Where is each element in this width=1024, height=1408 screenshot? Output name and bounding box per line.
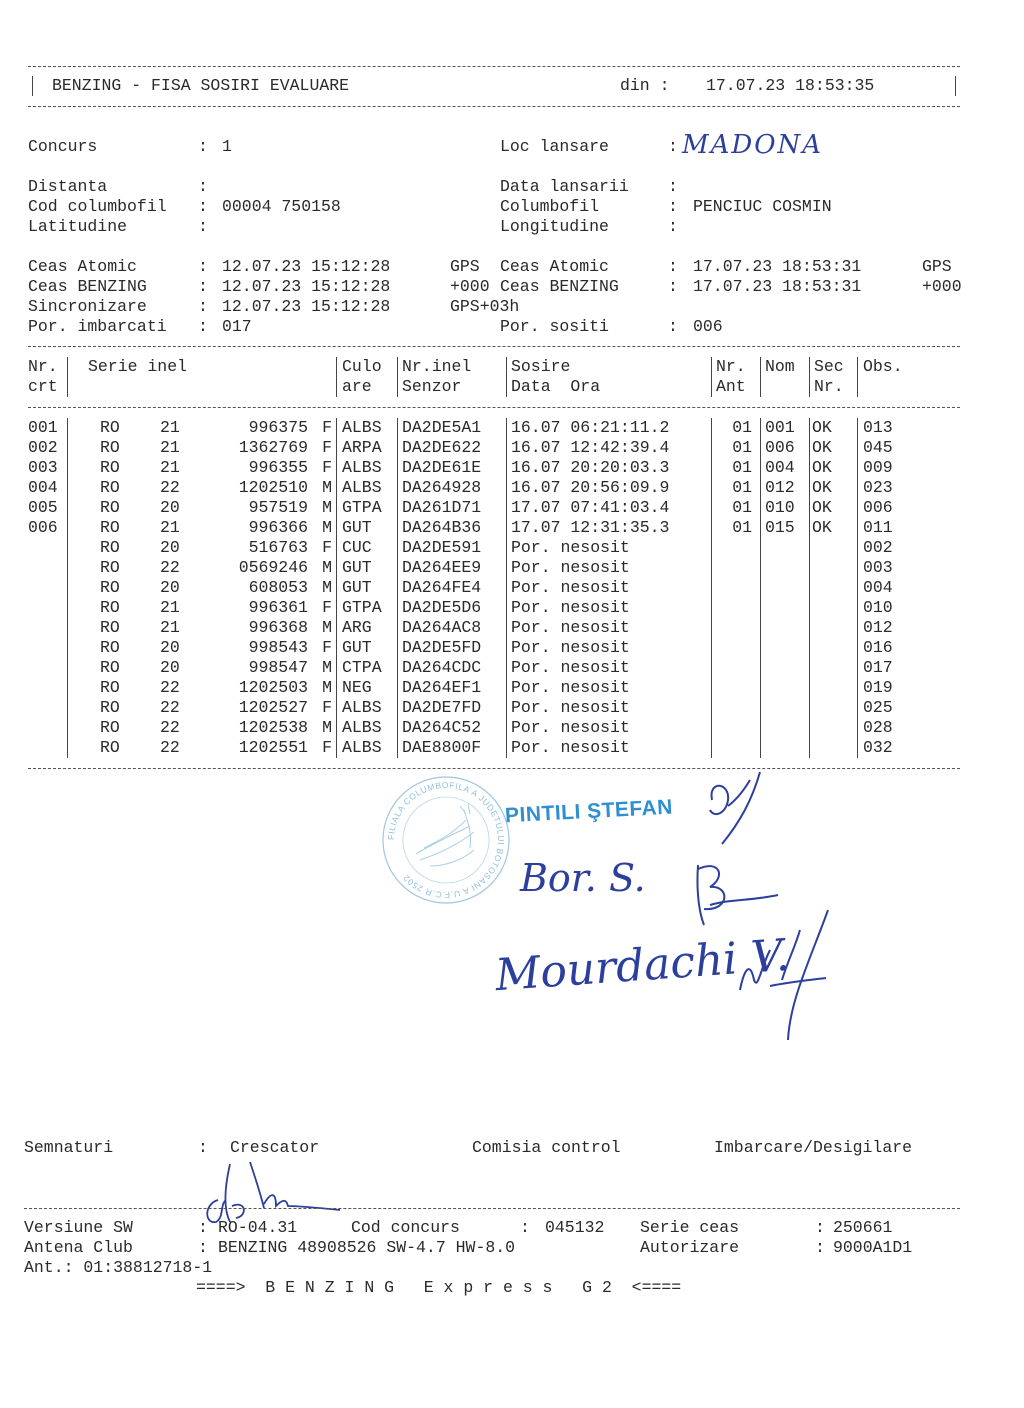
- colon: :: [198, 297, 208, 317]
- cell-sec: OK: [812, 498, 832, 518]
- distanta-label: Distanta: [28, 177, 107, 197]
- divider: [28, 66, 960, 67]
- cell-year: 21: [160, 458, 180, 478]
- cell-arrival: Por. nesosit: [511, 538, 630, 558]
- cell-obs: 010: [863, 598, 893, 618]
- cell-sex: M: [318, 578, 332, 598]
- cell-ring: 1202551: [196, 738, 308, 758]
- cell-country: RO: [100, 638, 120, 658]
- cell-ant: 01: [716, 458, 752, 478]
- clock-suffix: GPS+03h: [450, 297, 519, 317]
- header-nom: Nom: [765, 357, 795, 377]
- cod-concurs-label: Cod concurs: [351, 1218, 460, 1238]
- header-nr-ant: Nr.: [716, 357, 746, 377]
- benzing-banner: ====> B E N Z I N G E x p r e s s G 2 <=…: [196, 1278, 681, 1298]
- cell-sensor: DA2DE622: [402, 438, 481, 458]
- header-nr: Nr.: [28, 357, 58, 377]
- cell-obs: 012: [863, 618, 893, 638]
- svg-text:FILIALA COLUMBOFILA A JUDETULU: FILIALA COLUMBOFILA A JUDETULUI BOTOSANI…: [386, 780, 506, 900]
- cell-ring: 996366: [196, 518, 308, 538]
- cell-color: GUT: [342, 558, 372, 578]
- cell-nr: 006: [28, 518, 58, 538]
- cell-obs: 013: [863, 418, 893, 438]
- cell-arrival: Por. nesosit: [511, 578, 630, 598]
- cell-color: CTPA: [342, 658, 382, 678]
- cell-color: GTPA: [342, 498, 382, 518]
- cell-ring: 1202503: [196, 678, 308, 698]
- imbarcare-label: Imbarcare/Desigilare: [714, 1138, 912, 1158]
- cell-color: CUC: [342, 538, 372, 558]
- cell-sensor: DA261D71: [402, 498, 481, 518]
- print-date: 17.07.23 18:53:35: [706, 76, 874, 96]
- cell-color: GUT: [342, 518, 372, 538]
- cell-nr: 001: [28, 418, 58, 438]
- cell-color: ALBS: [342, 698, 382, 718]
- cell-color: GUT: [342, 638, 372, 658]
- cell-ring: 516763: [196, 538, 308, 558]
- cell-country: RO: [100, 518, 120, 538]
- cell-country: RO: [100, 678, 120, 698]
- ant-line: Ant.: 01:38812718-1: [24, 1258, 212, 1278]
- cell-country: RO: [100, 438, 120, 458]
- cell-nr: 002: [28, 438, 58, 458]
- imbarcati-label: Por. imbarcati: [28, 317, 167, 337]
- serie-ceas-value: 250661: [833, 1218, 892, 1238]
- cell-sec: OK: [812, 478, 832, 498]
- columbofil-label: Columbofil: [500, 197, 599, 217]
- autorizare-label: Autorizare: [640, 1238, 739, 1258]
- divider: [28, 768, 960, 769]
- cell-nom: 015: [765, 518, 795, 538]
- cell-arrival: 17.07 12:31:35.3: [511, 518, 669, 538]
- divider: [24, 1208, 960, 1209]
- cell-sex: M: [318, 518, 332, 538]
- serie-ceas-label: Serie ceas: [640, 1218, 739, 1238]
- cell-ring: 1362769: [196, 438, 308, 458]
- cell-sex: M: [318, 558, 332, 578]
- cell-obs: 011: [863, 518, 893, 538]
- cell-sec: OK: [812, 458, 832, 478]
- cell-year: 20: [160, 538, 180, 558]
- clock-value: 12.07.23 15:12:28: [222, 277, 390, 297]
- cell-ant: 01: [716, 498, 752, 518]
- data-lansarii-label: Data lansarii: [500, 177, 629, 197]
- club-stamp-icon: FILIALA COLUMBOFILA A JUDETULUI BOTOSANI…: [380, 774, 512, 906]
- cell-color: ALBS: [342, 478, 382, 498]
- cell-sex: F: [318, 418, 332, 438]
- cell-sex: M: [318, 658, 332, 678]
- cell-sensor: DA264AC8: [402, 618, 481, 638]
- cell-arrival: 17.07 07:41:03.4: [511, 498, 669, 518]
- header-obs: Obs.: [863, 357, 903, 377]
- cell-nr: 004: [28, 478, 58, 498]
- cell-year: 21: [160, 438, 180, 458]
- date-label: din :: [620, 76, 670, 96]
- cod-concurs-value: 045132: [545, 1218, 604, 1238]
- header-sosire: Sosire: [511, 357, 570, 377]
- cell-sensor: DA2DE591: [402, 538, 481, 558]
- semnaturi-label: Semnaturi: [24, 1138, 113, 1158]
- cell-obs: 023: [863, 478, 893, 498]
- cell-year: 22: [160, 738, 180, 758]
- cell-ant: 01: [716, 478, 752, 498]
- clock-value: 12.07.23 15:12:28: [222, 257, 390, 277]
- cell-arrival: 16.07 06:21:11.2: [511, 418, 669, 438]
- cell-arrival: Por. nesosit: [511, 678, 630, 698]
- cell-nom: 012: [765, 478, 795, 498]
- cell-sex: F: [318, 698, 332, 718]
- cell-color: NEG: [342, 678, 372, 698]
- cell-ring: 998543: [196, 638, 308, 658]
- cell-nom: 004: [765, 458, 795, 478]
- cell-sensor: DA264FE4: [402, 578, 481, 598]
- cell-sensor: DA264C52: [402, 718, 481, 738]
- cell-year: 21: [160, 598, 180, 618]
- cell-country: RO: [100, 418, 120, 438]
- cell-sex: F: [318, 738, 332, 758]
- antena-label: Antena Club: [24, 1238, 133, 1258]
- cell-sex: F: [318, 438, 332, 458]
- clock-suffix: GPS: [450, 257, 480, 277]
- cell-year: 20: [160, 638, 180, 658]
- cell-obs: 019: [863, 678, 893, 698]
- cell-sensor: DA2DE7FD: [402, 698, 481, 718]
- cell-nom: 010: [765, 498, 795, 518]
- versiune-value: RO-04.31: [218, 1218, 297, 1238]
- divider: [28, 407, 960, 408]
- cell-obs: 004: [863, 578, 893, 598]
- cell-country: RO: [100, 498, 120, 518]
- comisia-label: Comisia control: [472, 1138, 621, 1158]
- cell-country: RO: [100, 598, 120, 618]
- cell-year: 22: [160, 478, 180, 498]
- cell-obs: 028: [863, 718, 893, 738]
- cell-year: 21: [160, 618, 180, 638]
- cell-color: ALBS: [342, 718, 382, 738]
- clock-value: 17.07.23 18:53:31: [693, 277, 861, 297]
- cell-obs: 002: [863, 538, 893, 558]
- clock-label: Ceas Atomic: [28, 257, 137, 277]
- cell-sensor: DA2DE5D6: [402, 598, 481, 618]
- cell-color: ALBS: [342, 738, 382, 758]
- concurs-value: 1: [222, 137, 232, 157]
- loc-lansare-label: Loc lansare: [500, 137, 609, 157]
- cell-color: ALBS: [342, 418, 382, 438]
- longitudine-label: Longitudine: [500, 217, 609, 237]
- cell-sensor: DA264EE9: [402, 558, 481, 578]
- cell-ring: 0569246: [196, 558, 308, 578]
- cell-obs: 017: [863, 658, 893, 678]
- cell-ring: 996355: [196, 458, 308, 478]
- cell-sensor: DA264928: [402, 478, 481, 498]
- header-sec-nr: Nr.: [814, 377, 844, 397]
- signature-2: Bor. S.: [520, 856, 646, 900]
- divider: [28, 106, 960, 107]
- cell-ring: 1202510: [196, 478, 308, 498]
- stamp-name: PINTILI ŞTEFAN: [504, 796, 673, 829]
- cell-obs: 009: [863, 458, 893, 478]
- cell-arrival: Por. nesosit: [511, 658, 630, 678]
- cell-obs: 025: [863, 698, 893, 718]
- cell-year: 21: [160, 418, 180, 438]
- cell-country: RO: [100, 618, 120, 638]
- cell-ant: 01: [716, 438, 752, 458]
- colon: :: [198, 277, 208, 297]
- header-nr-inel: Nr.inel: [402, 357, 471, 377]
- cell-year: 20: [160, 498, 180, 518]
- cell-year: 20: [160, 578, 180, 598]
- cell-ring: 996361: [196, 598, 308, 618]
- cell-sex: F: [318, 538, 332, 558]
- header-serie-inel: Serie inel: [88, 357, 187, 377]
- cell-obs: 006: [863, 498, 893, 518]
- cell-sex: M: [318, 618, 332, 638]
- cell-sec: OK: [812, 418, 832, 438]
- clock-value: 12.07.23 15:12:28: [222, 297, 390, 317]
- cell-year: 22: [160, 678, 180, 698]
- sositi-value: 006: [693, 317, 723, 337]
- cell-nom: 006: [765, 438, 795, 458]
- autorizare-value: 9000A1D1: [833, 1238, 912, 1258]
- header-data-ora: Data Ora: [511, 377, 600, 397]
- cell-sensor: DA264CDC: [402, 658, 481, 678]
- cell-color: ARPA: [342, 438, 382, 458]
- columbofil-value: PENCIUC COSMIN: [693, 197, 832, 217]
- header-culoare: Culo: [342, 357, 382, 377]
- cell-nom: 001: [765, 418, 795, 438]
- divider: [955, 76, 956, 96]
- cell-color: ARG: [342, 618, 372, 638]
- cell-country: RO: [100, 658, 120, 678]
- cell-sensor: DAE8800F: [402, 738, 481, 758]
- concurs-label: Concurs: [28, 137, 97, 157]
- cell-sex: F: [318, 638, 332, 658]
- sositi-label: Por. sositi: [500, 317, 609, 337]
- cell-ant: 01: [716, 418, 752, 438]
- cell-nr: 005: [28, 498, 58, 518]
- cell-year: 22: [160, 558, 180, 578]
- clock-label: Ceas BENZING: [28, 277, 147, 297]
- header-crt: crt: [28, 377, 58, 397]
- cell-arrival: 16.07 20:20:03.3: [511, 458, 669, 478]
- cell-color: GTPA: [342, 598, 382, 618]
- cell-ant: 01: [716, 518, 752, 538]
- clock-suffix: +000: [922, 277, 962, 297]
- cell-year: 22: [160, 698, 180, 718]
- cell-country: RO: [100, 718, 120, 738]
- cell-arrival: Por. nesosit: [511, 618, 630, 638]
- cod-columbofil-label: Cod columbofil: [28, 197, 167, 217]
- cell-country: RO: [100, 458, 120, 478]
- cell-ring: 1202527: [196, 698, 308, 718]
- cell-year: 22: [160, 718, 180, 738]
- cell-sex: M: [318, 478, 332, 498]
- colon: :: [668, 257, 678, 277]
- cell-obs: 003: [863, 558, 893, 578]
- cod-columbofil-value: 00004 750158: [222, 197, 341, 217]
- clock-label: Ceas Atomic: [500, 257, 609, 277]
- cell-ring: 996375: [196, 418, 308, 438]
- crescator-label: Crescator: [230, 1138, 319, 1158]
- cell-arrival: Por. nesosit: [511, 558, 630, 578]
- clock-label: Ceas BENZING: [500, 277, 619, 297]
- header-culoare-2: are: [342, 377, 372, 397]
- antena-value: BENZING 48908526 SW-4.7 HW-8.0: [218, 1238, 515, 1258]
- cell-country: RO: [100, 738, 120, 758]
- header-sec: Sec: [814, 357, 844, 377]
- cell-obs: 032: [863, 738, 893, 758]
- cell-year: 21: [160, 518, 180, 538]
- cell-arrival: Por. nesosit: [511, 638, 630, 658]
- cell-arrival: 16.07 12:42:39.4: [511, 438, 669, 458]
- cell-country: RO: [100, 698, 120, 718]
- loc-lansare-handwritten: MADONA: [682, 130, 823, 160]
- cell-country: RO: [100, 538, 120, 558]
- cell-obs: 045: [863, 438, 893, 458]
- cell-sensor: DA2DE61E: [402, 458, 481, 478]
- header-senzor: Senzor: [402, 377, 461, 397]
- cell-country: RO: [100, 478, 120, 498]
- colon: :: [668, 277, 678, 297]
- imbarcati-value: 017: [222, 317, 252, 337]
- header-ant: Ant: [716, 377, 746, 397]
- cell-sec: OK: [812, 438, 832, 458]
- divider: [28, 346, 960, 347]
- cell-nr: 003: [28, 458, 58, 478]
- cell-arrival: Por. nesosit: [511, 718, 630, 738]
- cell-ring: 957519: [196, 498, 308, 518]
- cell-arrival: 16.07 20:56:09.9: [511, 478, 669, 498]
- latitudine-label: Latitudine: [28, 217, 127, 237]
- cell-sex: F: [318, 598, 332, 618]
- clock-label: Sincronizare: [28, 297, 147, 317]
- versiune-label: Versiune SW: [24, 1218, 133, 1238]
- cell-sensor: DA2DE5FD: [402, 638, 481, 658]
- cell-sex: M: [318, 498, 332, 518]
- cell-color: ALBS: [342, 458, 382, 478]
- cell-sensor: DA2DE5A1: [402, 418, 481, 438]
- cell-sec: OK: [812, 518, 832, 538]
- colon: :: [198, 257, 208, 277]
- cell-obs: 016: [863, 638, 893, 658]
- signature-5-icon: [730, 900, 840, 1045]
- cell-ring: 998547: [196, 658, 308, 678]
- cell-sex: M: [318, 678, 332, 698]
- cell-color: GUT: [342, 578, 372, 598]
- cell-arrival: Por. nesosit: [511, 738, 630, 758]
- clock-suffix: +000: [450, 277, 490, 297]
- page-title: BENZING - FISA SOSIRI EVALUARE: [52, 76, 349, 96]
- cell-sensor: DA264B36: [402, 518, 481, 538]
- cell-ring: 996368: [196, 618, 308, 638]
- cell-country: RO: [100, 578, 120, 598]
- cell-ring: 1202538: [196, 718, 308, 738]
- signature-1-icon: [700, 770, 770, 850]
- cell-sex: F: [318, 458, 332, 478]
- cell-country: RO: [100, 558, 120, 578]
- clock-value: 17.07.23 18:53:31: [693, 257, 861, 277]
- cell-arrival: Por. nesosit: [511, 698, 630, 718]
- clock-suffix: GPS: [922, 257, 952, 277]
- divider: [32, 76, 33, 96]
- cell-ring: 608053: [196, 578, 308, 598]
- cell-year: 20: [160, 658, 180, 678]
- cell-sex: M: [318, 718, 332, 738]
- cell-arrival: Por. nesosit: [511, 598, 630, 618]
- cell-sensor: DA264EF1: [402, 678, 481, 698]
